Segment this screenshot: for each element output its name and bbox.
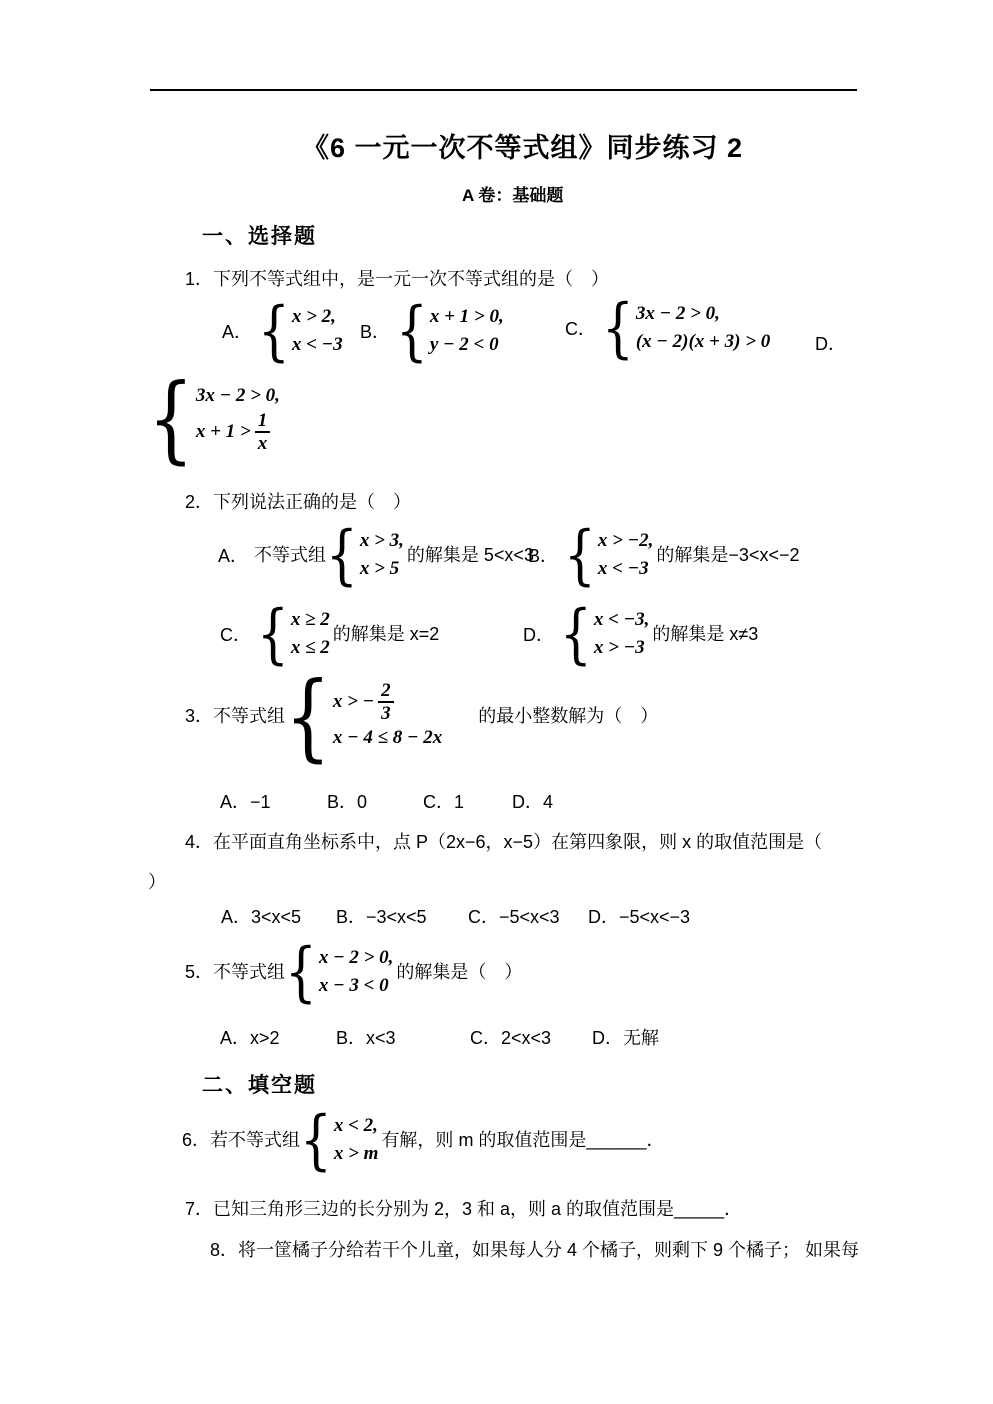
inequality-system: { x > − 2 3 x − 4 ≤ 8 − 2x [285, 680, 442, 752]
option-d-label: D． [523, 621, 554, 647]
inequality-line: x > −3 [594, 634, 650, 662]
inequality-line: x ≥ 2 [291, 606, 330, 634]
option-a-label: A． [218, 542, 248, 568]
question-5-option-c: C．2<x<3 [470, 1027, 551, 1049]
page-subtitle: A 卷：基础题 [462, 181, 563, 206]
question-4-option-d: D．−5<x<−3 [588, 906, 690, 928]
option-c-suffix: 的解集是 x=2 [333, 623, 440, 645]
question-1-stem: 1．下列不等式组中，是一元一次不等式组的是（ ） [185, 268, 609, 290]
question-3-option-d: D．4 [512, 791, 553, 813]
question-6-stem: 6．若不等式组 { x < 2, x > m 有解，则 m 的取值范围是____… [182, 1112, 665, 1168]
option-a-prefix: 不等式组 [254, 544, 326, 566]
question-2-option-c: C． { x ≥ 2 x ≤ 2 的解集是 x=2 [220, 606, 439, 662]
question-6-suffix: 有解，则 m 的取值范围是______． [381, 1129, 664, 1151]
inequality-line: x < −3 [292, 331, 343, 359]
brace: { [257, 602, 289, 667]
question-3-option-b: B．0 [327, 791, 367, 813]
question-4-option-c: C．−5<x<3 [468, 906, 560, 928]
inequality-line: x + 1 > 0, [430, 303, 504, 331]
inequality-line: x − 3 < 0 [319, 972, 394, 1000]
brace: { [560, 602, 592, 667]
inequality-line: x ≤ 2 [291, 634, 330, 662]
brace: { [258, 299, 290, 364]
question-1-option-c: C． { 3x − 2 > 0, (x − 2)(x + 3) > 0 [565, 300, 770, 356]
inequality-line: 3x − 2 > 0, [196, 382, 280, 410]
brace: { [285, 940, 317, 1005]
question-8-text: 8．将一筐橘子分给若干个儿童，如果每人分 4 个橘子，则剩下 9 个橘子； 如果… [210, 1239, 859, 1261]
inequality-system: { x > −2, x < −3 [564, 527, 653, 583]
brace: { [300, 1108, 332, 1173]
inequality-line: x > −2, [598, 527, 654, 555]
inequality-system: { x < −3, x > −3 [560, 606, 649, 662]
option-d-suffix: 的解集是 x≠3 [652, 623, 758, 645]
inequality-line: y − 2 < 0 [430, 331, 504, 359]
question-1-option-b: B． { x + 1 > 0, y − 2 < 0 [360, 303, 504, 359]
header-rule [150, 89, 857, 91]
question-3-prefix: 3．不等式组 [185, 705, 285, 727]
fraction-numerator: 1 [255, 410, 271, 433]
option-b-label: B． [360, 318, 390, 344]
section-heading-fill-blank: 二、填空题 [202, 1069, 317, 1099]
inequality-system: { x > 2, x < −3 [258, 303, 343, 359]
brace: { [396, 299, 428, 364]
fraction-numerator: 2 [378, 680, 394, 703]
question-5-prefix: 5．不等式组 [185, 961, 285, 983]
brace: { [564, 523, 596, 588]
question-6-prefix: 6．若不等式组 [182, 1129, 300, 1151]
inequality-line-with-fraction: x + 1 > 1 x [196, 410, 280, 454]
inequality-line: x > m [334, 1140, 379, 1168]
inequality-line: x > 5 [360, 555, 404, 583]
inequality-line-prefix: x + 1 > [196, 418, 251, 446]
question-1-option-d-label: D． [815, 330, 846, 356]
question-2-stem: 2．下列说法正确的是（ ） [185, 491, 411, 513]
inequality-line: x − 2 > 0, [319, 944, 394, 972]
inequality-system: { 3x − 2 > 0, x + 1 > 1 x [148, 382, 280, 454]
question-3-option-a: A．−1 [220, 791, 271, 813]
option-c-label: C． [220, 621, 251, 647]
inequality-system: { 3x − 2 > 0, (x − 2)(x + 3) > 0 [602, 300, 770, 356]
brace: { [602, 296, 634, 361]
inequality-system: { x < 2, x > m [300, 1112, 378, 1168]
fraction: 2 3 [378, 680, 394, 724]
brace: { [326, 523, 358, 588]
inequality-line: x < 2, [334, 1112, 379, 1140]
question-3-option-c: C．1 [423, 791, 464, 813]
question-4-option-b: B．−3<x<5 [336, 906, 427, 928]
option-c-label: C． [565, 315, 596, 341]
inequality-system: { x + 1 > 0, y − 2 < 0 [396, 303, 504, 359]
inequality-line-with-fraction: x > − 2 3 [333, 680, 442, 724]
inequality-line: x − 4 ≤ 8 − 2x [333, 724, 442, 752]
page-title: 《6 一元一次不等式组》同步练习 2 [302, 126, 743, 165]
brace: { [148, 370, 194, 465]
option-a-label: A． [222, 318, 252, 344]
question-1-option-d-system: { 3x − 2 > 0, x + 1 > 1 x [148, 382, 280, 454]
question-5-stem: 5．不等式组 { x − 2 > 0, x − 3 < 0 的解集是（ ） [185, 944, 522, 1000]
inequality-system: { x > 3, x > 5 [326, 527, 404, 583]
inequality-line: x > 3, [360, 527, 404, 555]
question-2-option-a: A． 不等式组 { x > 3, x > 5 的解集是 5<x<3 [218, 527, 534, 583]
question-5-option-d: D．无解 [592, 1027, 659, 1049]
fraction-denominator: x [255, 433, 271, 454]
inequality-line: x < −3 [598, 555, 654, 583]
inequality-line: x < −3, [594, 606, 650, 634]
question-3-suffix: 的最小整数解为（ ） [478, 705, 658, 727]
inequality-line-prefix: x > − [333, 688, 374, 716]
question-1-option-a: A． { x > 2, x < −3 [222, 303, 343, 359]
question-5-option-a: A．x>2 [220, 1027, 280, 1049]
question-2-option-b: B． { x > −2, x < −3 的解集是−3<x<−2 [528, 527, 800, 583]
question-7-text: 7．已知三角形三边的长分别为 2，3 和 a，则 a 的取值范围是_____． [185, 1198, 742, 1220]
section-heading-choice: 一、选择题 [202, 220, 317, 250]
inequality-line: 3x − 2 > 0, [636, 300, 770, 328]
option-b-label: B． [528, 542, 558, 568]
question-5-option-b: B．x<3 [336, 1027, 396, 1049]
inequality-line: x > 2, [292, 303, 343, 331]
question-4-stem-continued: ） [148, 871, 166, 893]
inequality-line: (x − 2)(x + 3) > 0 [636, 328, 770, 356]
brace: { [285, 668, 331, 763]
inequality-system: { x − 2 > 0, x − 3 < 0 [285, 944, 393, 1000]
inequality-system: { x ≥ 2 x ≤ 2 [257, 606, 330, 662]
option-a-suffix: 的解集是 5<x<3 [407, 544, 534, 566]
question-4-stem: 4．在平面直角坐标系中，点 P（2x−6，x−5）在第四象限，则 x 的取值范围… [185, 831, 822, 853]
fraction-denominator: 3 [378, 703, 394, 724]
option-b-suffix: 的解集是−3<x<−2 [656, 544, 799, 566]
question-3-stem: 3．不等式组 { x > − 2 3 x − 4 ≤ 8 − 2x 的最小整数解… [185, 680, 658, 752]
question-5-suffix: 的解集是（ ） [396, 961, 522, 983]
fraction: 1 x [255, 410, 271, 454]
question-4-option-a: A．3<x<5 [221, 906, 301, 928]
question-2-option-d: D． { x < −3, x > −3 的解集是 x≠3 [523, 606, 758, 662]
